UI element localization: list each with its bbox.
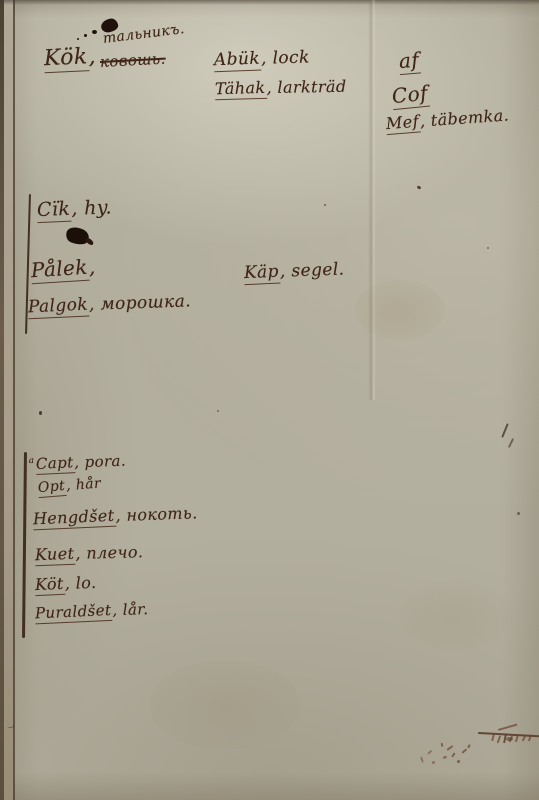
- ink-blot: [92, 30, 97, 34]
- edge-scratch: [501, 423, 508, 438]
- edge-scratch: [508, 438, 514, 448]
- ink-speck: [324, 204, 326, 206]
- entry-abuk: Abük, lock: [214, 47, 310, 71]
- gloss: , segel.: [280, 259, 345, 281]
- entry-kuet: Kuet, плечо.: [35, 542, 144, 566]
- gloss: , lo.: [64, 573, 96, 593]
- headword: Tähak: [215, 78, 267, 100]
- entry-mef: Mef, täbemka.: [385, 105, 509, 135]
- headword: Abük: [214, 49, 262, 73]
- headword: Cïk: [36, 198, 71, 224]
- gutter-fold-line: [13, 0, 15, 800]
- paper-stain: [150, 660, 300, 750]
- entry-kok-struck: ковошь.: [100, 50, 167, 71]
- margin-line: [22, 452, 26, 638]
- inserted-correction: тальникъ.: [102, 21, 185, 47]
- strikethrough-word: ковошь.: [100, 50, 167, 71]
- paper-stain: [400, 580, 510, 650]
- ink-blot: [84, 237, 94, 247]
- paper-stain: [355, 280, 445, 340]
- entry-kot: Köt, lo.: [35, 573, 97, 596]
- gloss: , плечо.: [75, 542, 143, 563]
- gutter-mark: [6, 721, 15, 729]
- entry-capt: aCapt, pora.: [29, 452, 127, 475]
- gutter-strip: [4, 0, 13, 800]
- entry-kok: Kök,: [44, 44, 97, 73]
- gloss: , lår.: [112, 600, 149, 619]
- entry-kok-correction: тальникъ.: [102, 21, 185, 47]
- manuscript-page: Kök, тальникъ. ковошь. Abük, lock Tähak,…: [0, 0, 539, 800]
- headword: Käp: [244, 262, 281, 286]
- headword: Palgok: [28, 295, 90, 320]
- ink-speck: [417, 185, 422, 190]
- entry-tahak: Tähak, larkträd: [215, 77, 347, 100]
- headword: Hengdšet: [33, 506, 116, 531]
- footnote-marker: a: [29, 456, 35, 466]
- headword: Köt: [35, 574, 66, 596]
- entry-opt: Opt, hår: [37, 476, 101, 498]
- gloss: ,: [88, 44, 96, 69]
- entry-palek: Pålek,: [30, 255, 96, 284]
- gloss: , pora.: [74, 452, 126, 472]
- gutter-outer-edge: [0, 0, 4, 800]
- entry-af: af: [398, 48, 421, 75]
- gloss: , lock: [261, 47, 310, 68]
- headword: Cof: [391, 81, 430, 110]
- ink-speck: [217, 410, 219, 412]
- headword: Capt: [35, 453, 75, 475]
- entry-kap: Käp, segel.: [244, 259, 345, 284]
- headword: Kuet: [35, 544, 76, 566]
- entry-hengdset: Hengdšet, нокоть.: [33, 503, 198, 530]
- fold-crease: [368, 0, 376, 400]
- headword: Puraldšet: [35, 601, 113, 624]
- ink-speck: [39, 411, 42, 415]
- entry-puraldset: Puraldšet, lår.: [35, 600, 149, 624]
- ink-speck: [487, 247, 489, 249]
- entry-cof: Cof: [391, 81, 430, 110]
- headword: Mef: [385, 111, 421, 135]
- gloss: , морошка.: [89, 291, 192, 315]
- gloss: , täbemka.: [419, 105, 509, 130]
- gloss: , hy.: [71, 196, 112, 219]
- gloss: , hår: [66, 476, 102, 494]
- gloss: , larkträd: [266, 77, 346, 97]
- entry-palgok: Palgok, морошка.: [28, 291, 192, 319]
- ink-blot: [77, 38, 79, 40]
- entry-cik: Cïk, hy.: [37, 196, 113, 223]
- top-edge-shadow: [0, 0, 539, 5]
- headword: Kök: [43, 44, 89, 73]
- ink-speck: [517, 512, 520, 515]
- headword: Opt: [37, 478, 67, 498]
- headword: Pålek: [30, 255, 89, 285]
- headword: af: [398, 47, 421, 75]
- ink-blot: [84, 34, 87, 37]
- ink-blot: [64, 225, 91, 247]
- gloss: , нокоть.: [115, 503, 198, 525]
